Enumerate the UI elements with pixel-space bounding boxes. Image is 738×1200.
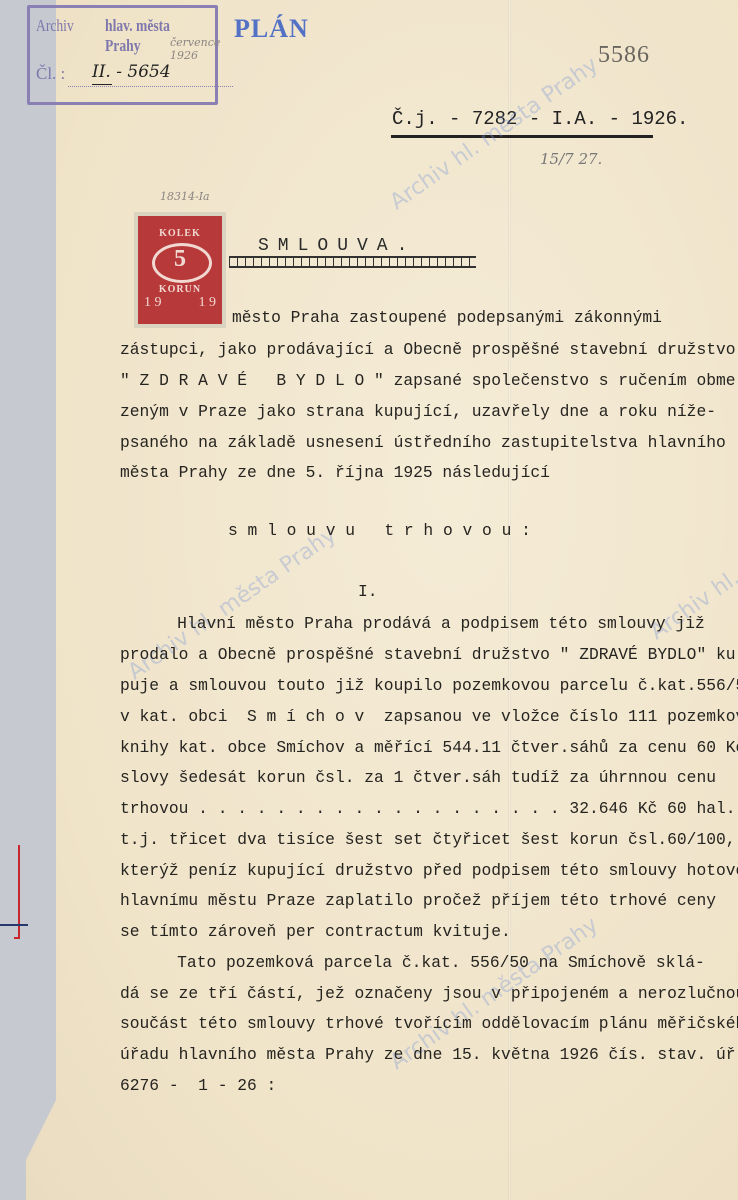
intro-line: zástupci, jako prodávající a Obecně pros… bbox=[120, 340, 736, 359]
revenue-stamp-bottom: KORUN bbox=[138, 284, 222, 295]
document-title: SMLOUVA. bbox=[258, 236, 416, 256]
section2-line: dá se ze tří částí, jež označeny jsou v … bbox=[120, 984, 738, 1003]
archive-stamp-line1-left: Archiv bbox=[36, 16, 74, 36]
archive-handwritten-date: července 1926 bbox=[170, 36, 220, 62]
revenue-stamp-top: KOLEK bbox=[138, 228, 222, 239]
binding-string-blue bbox=[0, 924, 28, 926]
intro-line: města Prahy ze dne 5. října 1925 následu… bbox=[120, 463, 550, 482]
archive-stamp: Archiv hlav. města Prahy Čl. : II. - 565… bbox=[27, 5, 218, 105]
section-number: I. bbox=[358, 582, 378, 601]
section1-line: prodalo a Obecně prospěšné stavební druž… bbox=[120, 645, 738, 664]
section1-line: slovy šedesát korun čsl. za 1 čtver.sáh … bbox=[120, 768, 716, 787]
handwritten-note-stamp: 18314-Ia bbox=[160, 190, 210, 203]
section1-line: Hlavní město Praha prodává a podpisem té… bbox=[99, 614, 705, 633]
section1-line: knihy kat. obce Smíchov a měřící 544.11 … bbox=[120, 738, 738, 757]
title-strikethrough bbox=[229, 256, 476, 268]
section1-line: puje a smlouvou touto již koupilo pozemk… bbox=[120, 676, 738, 695]
archive-signature-number: II. - 5654 bbox=[92, 62, 171, 82]
archive-stamp-label: Čl. : bbox=[36, 64, 65, 84]
section2-line: součást této smlouvy trhové tvořícím odd… bbox=[120, 1014, 738, 1033]
section2-line: 6276 - 1 - 26 : bbox=[120, 1076, 276, 1095]
revenue-stamp-year-left: 1 9 bbox=[144, 296, 162, 310]
intro-line: psaného na základě usnesení ústředního z… bbox=[120, 433, 726, 452]
reference-underline bbox=[391, 135, 653, 138]
revenue-stamp-value: 5 bbox=[138, 246, 222, 273]
section2-line: Tato pozemková parcela č.kat. 556/50 na … bbox=[99, 953, 705, 972]
section1-line: hlavnímu městu Praze zaplatilo pročež př… bbox=[120, 891, 716, 910]
intro-line: město Praha zastoupené podepsanými zákon… bbox=[232, 308, 662, 327]
plan-stamp: PLÁN bbox=[234, 14, 309, 44]
intro-line: " Z D R A V É B Y D L O " zapsané společ… bbox=[120, 371, 738, 390]
section1-line: se tímto zároveň per contractum kvituje. bbox=[120, 922, 511, 941]
section1-line: trhovou . . . . . . . . . . . . . . . . … bbox=[120, 799, 736, 818]
intro-line: zeným v Praze jako strana kupující, uzav… bbox=[120, 402, 716, 421]
revenue-stamp: KOLEK 5 KORUN 1 9 1 9 bbox=[134, 212, 226, 328]
section1-line: v kat. obci S m í ch o v zapsanou ve vlo… bbox=[120, 707, 738, 726]
revenue-stamp-year-right: 1 9 bbox=[199, 296, 217, 310]
section1-line: t.j. třicet dva tisíce šest set čtyřicet… bbox=[120, 830, 736, 849]
section1-line: kterýž peníz kupující družstvo před podp… bbox=[120, 861, 738, 880]
folio-number: 5586 bbox=[598, 42, 650, 69]
section2-line: úřadu hlavního města Prahy ze dne 15. kv… bbox=[120, 1045, 738, 1064]
subtitle: s m l o u v u t r h o v o u : bbox=[228, 521, 531, 540]
handwritten-note-top: 15/7 27. bbox=[540, 150, 602, 168]
